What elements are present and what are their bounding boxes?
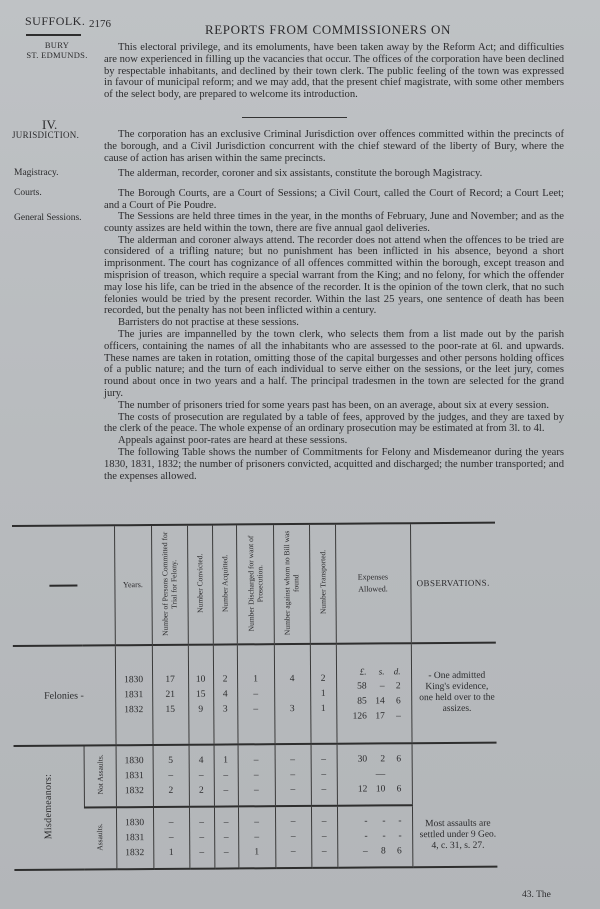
assaults-label: Assaults. [95,823,104,850]
intro-text: This electoral privilege, and its emolum… [104,42,564,101]
col-acquitted: Number Acquitted. [212,524,237,644]
acquitted-cell: 243 [214,673,237,715]
transported-cell: 211 [311,673,336,715]
convicted-cell: 10159 [189,674,213,716]
jurisdiction-paragraph: The corporation has an exclusive Crimina… [104,129,564,164]
courts-paragraph: The Borough Courts, are a Court of Sessi… [104,188,564,212]
category-header [12,525,115,646]
sessions-paragraph: The juries are impannelled by the town c… [104,329,564,400]
expenses-cell: --- --- –86 [338,815,412,858]
sidenote-courts: Courts. [14,188,42,198]
sessions-paragraph: The following Table shows the number of … [104,447,564,482]
not-assaults-label: Not Assaults. [95,755,104,795]
catchword: 43. The [522,890,551,900]
col-years: Years. [114,525,152,645]
committed-cell: 172115 [153,674,188,716]
running-head: REPORTS FROM COMMISSIONERS ON [205,22,451,38]
expenses-cell: £.s.d. 58–2 85146 12617– [336,665,410,723]
table-row-felonies: Felonies - 183018311832 172115 10159 243… [13,643,497,746]
place-line-1: BURY [22,40,92,50]
sessions-paragraph: The Sessions are held three times in the… [104,211,564,235]
sidenote-general-sessions: General Sessions. [14,213,82,223]
col-no-bill: Number against whom no Bill was found [273,524,310,644]
misdemeanors-label: Misdemeanors: [43,773,54,839]
table-row-not-assaults: Misdemeanors: Not Assaults. 183018311832… [14,743,497,808]
magistracy-text: The alderman, recorder, coroner and six … [104,168,564,180]
sessions-paragraph: The costs of prosecution are regulated b… [104,412,564,436]
magistracy-paragraph: The alderman, recorder, coroner and six … [104,168,564,180]
sessions-section: The Sessions are held three times in the… [104,211,564,482]
place-heading: BURY ST. EDMUNDS. [22,40,92,60]
col-discharged: Number Discharged for want of Prosecutio… [236,524,274,644]
col-observations: OBSERVATIONS. [410,523,496,644]
discharged-cell: 1–– [238,673,274,715]
years-cell: 183018311832 [116,674,152,716]
document-page: SUFFOLK. 2176 REPORTS FROM COMMISSIONERS… [0,0,600,909]
section-title: JURISDICTION. [12,130,79,140]
jurisdiction-text: The corporation has an exclusive Crimina… [104,129,564,164]
commitments-table: Years. Number of Persons Committed for T… [12,522,497,871]
county-heading: SUFFOLK. [25,14,85,29]
page-number: 2176 [89,18,111,30]
section-rule [242,117,347,118]
courts-text: The Borough Courts, are a Court of Sessi… [104,188,564,212]
felonies-label: Felonies - [13,645,116,746]
table-header-row: Years. Number of Persons Committed for T… [12,523,496,646]
table-row-assaults: Assaults. 183018311832 ––1 ––– ––– ––1 –… [14,805,497,870]
col-committed: Number of Persons Committed for Trial fo… [151,525,188,645]
no-bill-cell: 43 [275,673,310,715]
intro-paragraph: This electoral privilege, and its emolum… [104,42,564,101]
county-rule [26,34,81,36]
commitments-table-wrap: Years. Number of Persons Committed for T… [12,525,587,900]
col-convicted: Number Convicted. [187,525,213,645]
assaults-observation: Most assaults are settled under 9 Geo. 4… [412,805,497,868]
col-expenses: Expenses Allowed. [335,523,411,644]
sessions-paragraph: The number of prisoners tried for some y… [104,400,564,412]
felonies-observation: - One admitted King's evidence, one held… [411,643,497,744]
col-transported: Number Transported. [309,524,336,644]
dash-mark [49,585,77,587]
place-line-2: ST. EDMUNDS. [22,50,92,60]
expenses-cell: 3026 — 12106 [337,753,411,796]
sidenote-magistracy: Magistracy. [14,168,59,178]
sessions-paragraph: The alderman and coroner always attend. … [104,235,564,318]
sessions-paragraph: Barristers do not practise at these sess… [104,317,564,329]
sessions-paragraph: Appeals against poor-rates are heard at … [104,435,564,447]
